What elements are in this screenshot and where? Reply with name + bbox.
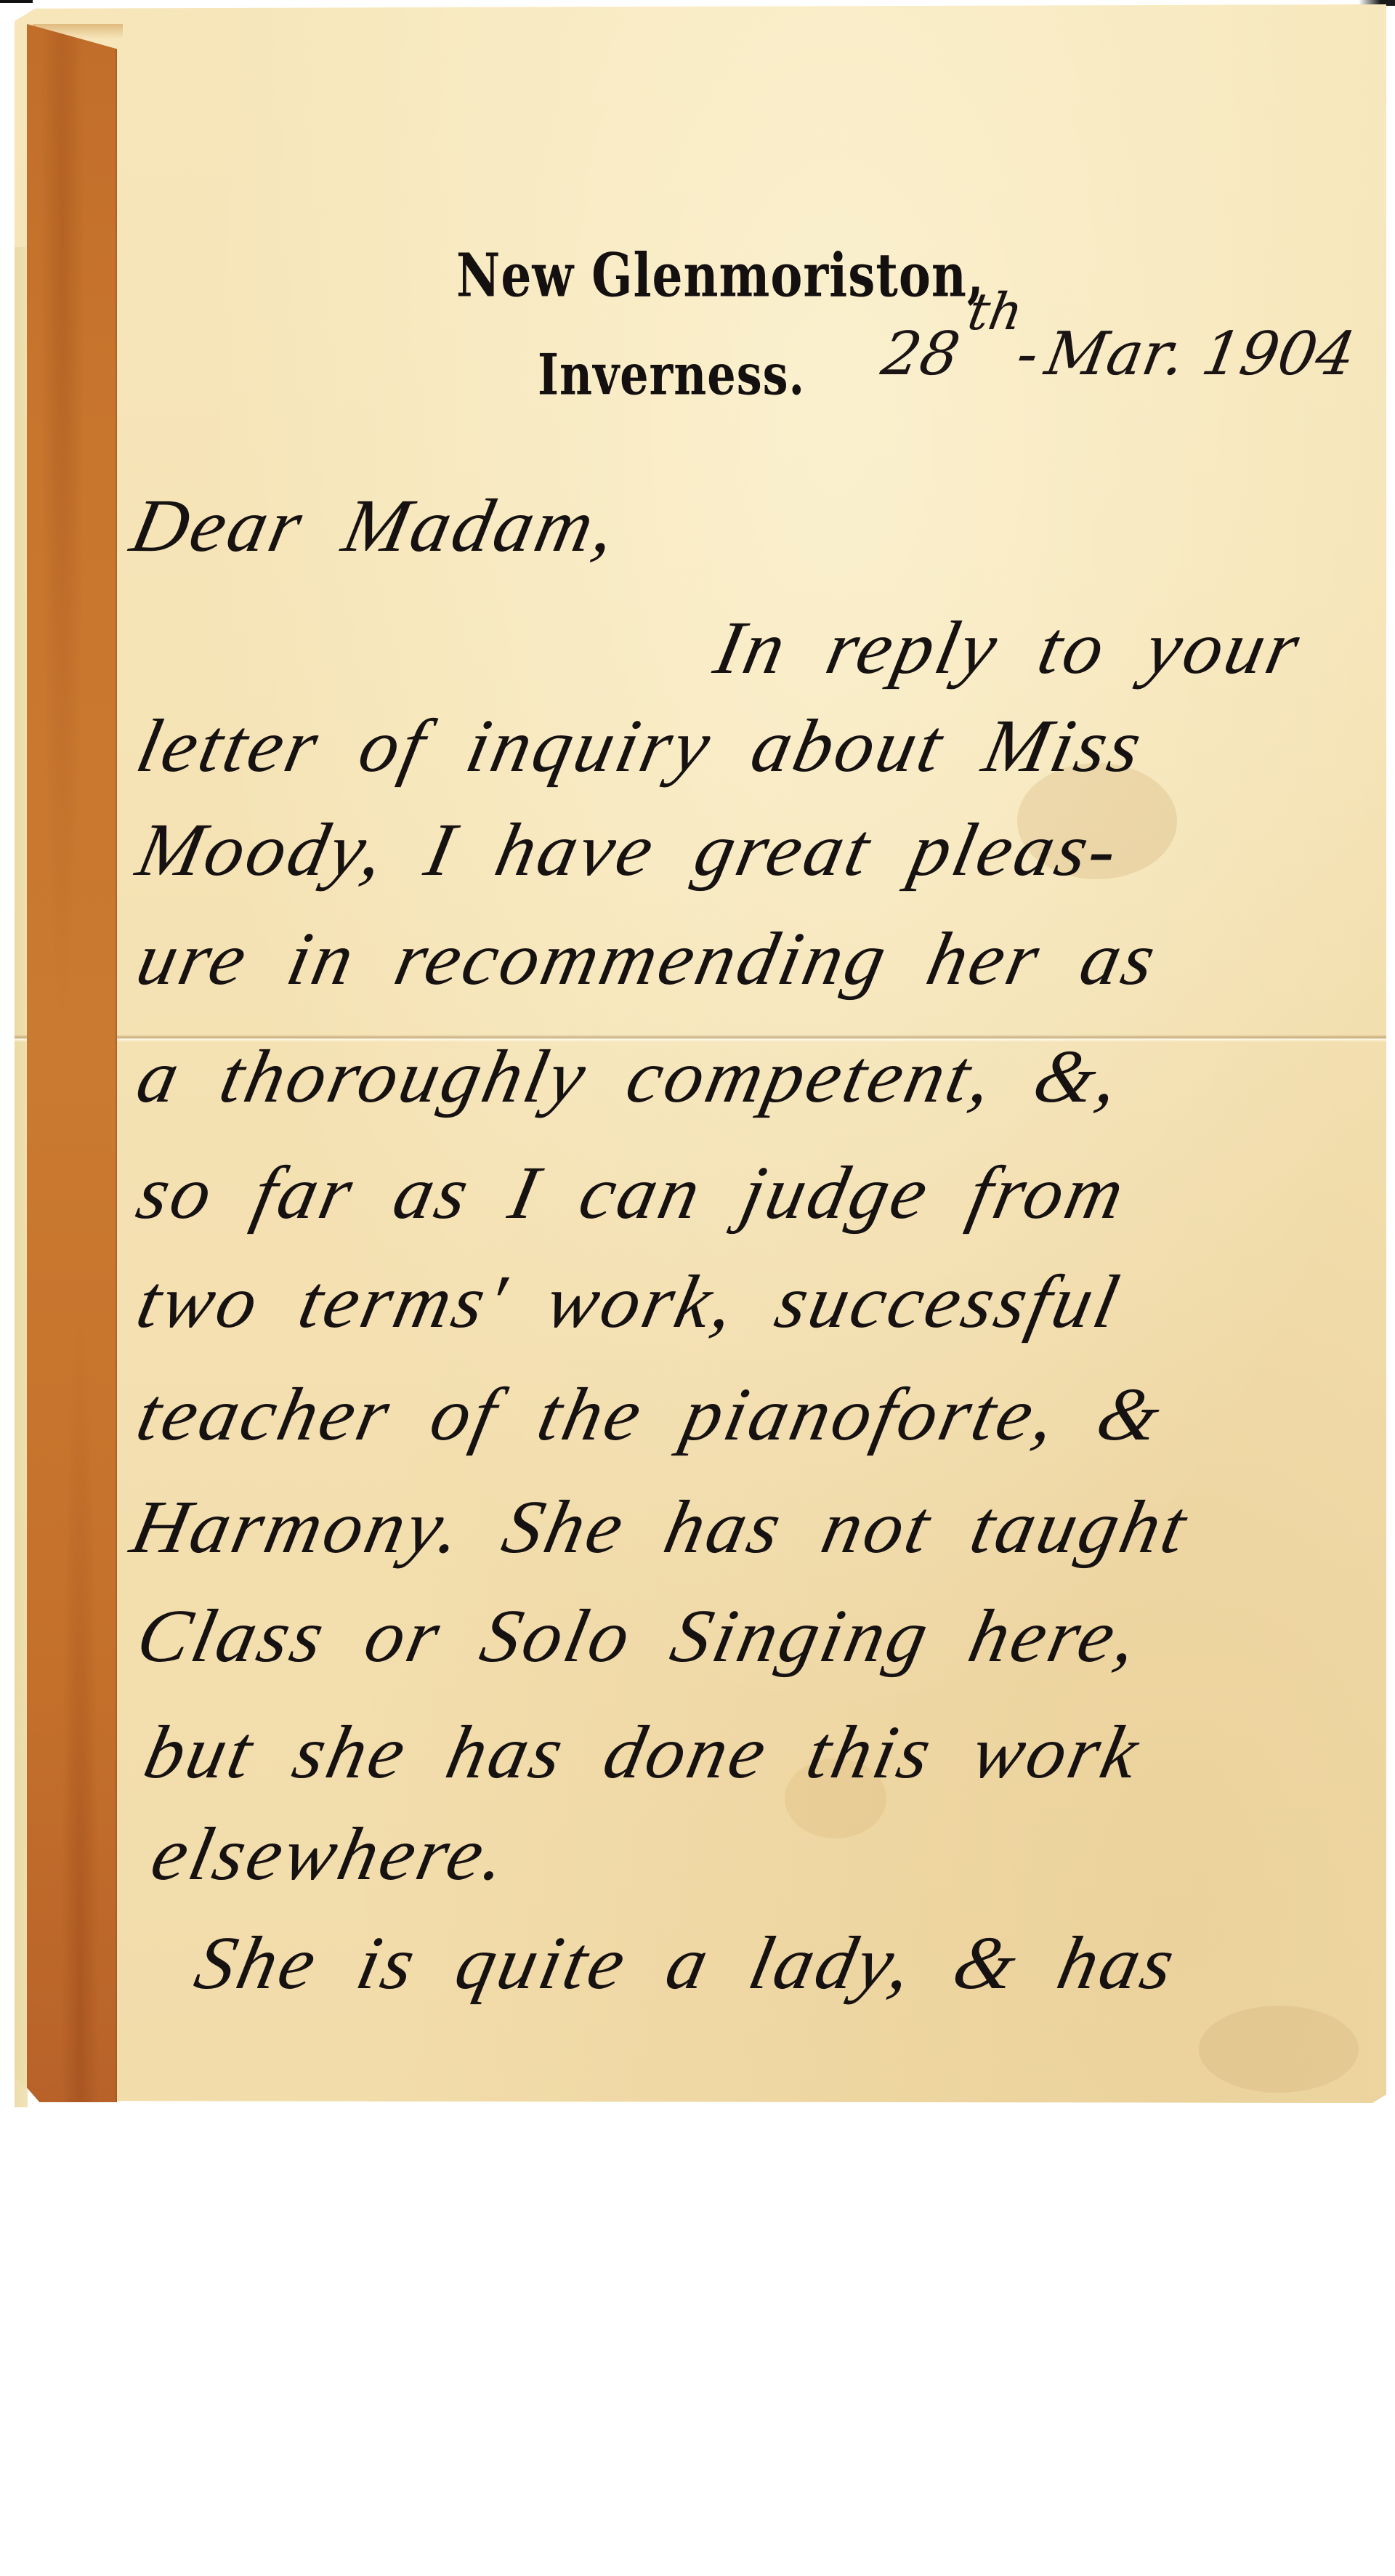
letterhead-place: New Glenmoriston, — [456, 240, 984, 311]
scan-edge-shadow — [0, 0, 33, 3]
letter-line-1: In reply to your — [708, 610, 1309, 686]
letter-line-7: two terms' work, successful — [131, 1264, 1128, 1340]
date-month: Mar. — [1040, 320, 1190, 389]
letter-line-4: ure in recommending her as — [131, 921, 1165, 997]
letter-line-5: a thoroughly competent, &, — [131, 1039, 1128, 1115]
letter-line-10: Class or Solo Singing here, — [131, 1599, 1147, 1674]
letter-line-2: letter of inquiry about Miss — [131, 708, 1150, 784]
letterhead-town: Inverness. — [538, 342, 805, 408]
date-day-suffix: th — [963, 282, 1027, 342]
letter-date: 28th-Mar. 1904 — [877, 320, 1361, 389]
letter-line-12: elsewhere. — [145, 1817, 516, 1892]
letter-line-13: She is quite a lady, & has — [189, 1926, 1184, 2001]
letter-line-9: Harmony. She has not taught — [125, 1490, 1195, 1565]
binding-tape-strip — [27, 24, 117, 2102]
letter-line-8: teacher of the pianoforte, & — [131, 1377, 1170, 1453]
letter-line-3: Moody, I have great pleas- — [131, 812, 1126, 888]
salutation: Dear Madam, — [125, 488, 626, 564]
frayed-paper-edge — [15, 247, 28, 2107]
letter-line-6: so far as I can judge from — [131, 1155, 1133, 1231]
paper-stain — [1199, 2006, 1359, 2093]
date-year: 1904 — [1197, 320, 1360, 389]
letter-line-11: but she has done this work — [138, 1715, 1147, 1790]
date-day: 28 — [877, 320, 965, 389]
